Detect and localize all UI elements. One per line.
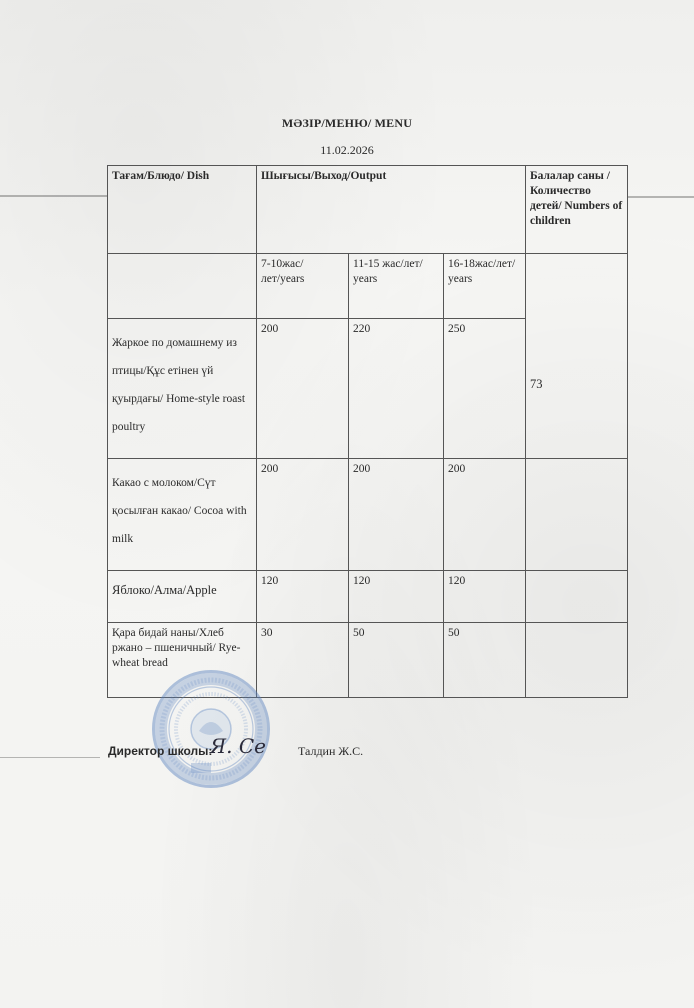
portion-value: 200 xyxy=(257,319,349,459)
bleed-through-line xyxy=(627,196,694,198)
children-count-cell: 73 xyxy=(526,254,628,459)
portion-value: 200 xyxy=(257,459,349,571)
empty-cell xyxy=(526,459,628,571)
empty-cell xyxy=(108,254,257,319)
portion-value: 50 xyxy=(349,623,444,698)
document-title: МӘЗІР/МЕНЮ/ MENU xyxy=(0,116,694,131)
header-dish: Тағам/Блюдо/ Dish xyxy=(108,166,257,254)
portion-value: 220 xyxy=(349,319,444,459)
portion-value: 30 xyxy=(257,623,349,698)
portion-value: 200 xyxy=(349,459,444,571)
age-group-cell: 16-18жас/лет/ years xyxy=(444,254,526,319)
dish-name: Какао с молоком/Сүт қосылған какао/ Coco… xyxy=(108,459,257,571)
header-output: Шығысы/Выход/Output xyxy=(257,166,526,254)
table-row: Какао с молоком/Сүт қосылған какао/ Coco… xyxy=(108,459,628,571)
header-children: Балалар саны /Количество детей/ Numbers … xyxy=(526,166,628,254)
header-row: Тағам/Блюдо/ Dish Шығысы/Выход/Output Ба… xyxy=(108,166,628,254)
stamp-emblem-icon xyxy=(155,673,267,785)
portion-value: 50 xyxy=(444,623,526,698)
age-group-cell: 11-15 жас/лет/ years xyxy=(349,254,444,319)
age-group-row: 7-10жас/лет/years 11-15 жас/лет/ years 1… xyxy=(108,254,628,319)
dish-name: Яблоко/Алма/Apple xyxy=(108,571,257,623)
document-date: 11.02.2026 xyxy=(0,143,694,158)
children-count: 73 xyxy=(530,377,543,391)
table-row: Яблоко/Алма/Apple 120 120 120 xyxy=(108,571,628,623)
director-signature: Я. Се xyxy=(210,734,266,758)
age-group-cell: 7-10жас/лет/years xyxy=(257,254,349,319)
bleed-through-line xyxy=(0,195,107,197)
empty-cell xyxy=(526,623,628,698)
menu-table: Тағам/Блюдо/ Dish Шығысы/Выход/Output Ба… xyxy=(107,165,628,698)
director-label: Директор школы: xyxy=(108,744,212,758)
portion-value: 120 xyxy=(444,571,526,623)
director-name: Талдин Ж.С. xyxy=(298,744,363,759)
portion-value: 200 xyxy=(444,459,526,571)
portion-value: 250 xyxy=(444,319,526,459)
dish-name: Жаркое по домашнему из птицы/Құс етінен … xyxy=(108,319,257,459)
portion-value: 120 xyxy=(349,571,444,623)
portion-value: 120 xyxy=(257,571,349,623)
empty-cell xyxy=(526,571,628,623)
official-stamp xyxy=(152,670,270,788)
bleed-through-line xyxy=(0,757,100,758)
